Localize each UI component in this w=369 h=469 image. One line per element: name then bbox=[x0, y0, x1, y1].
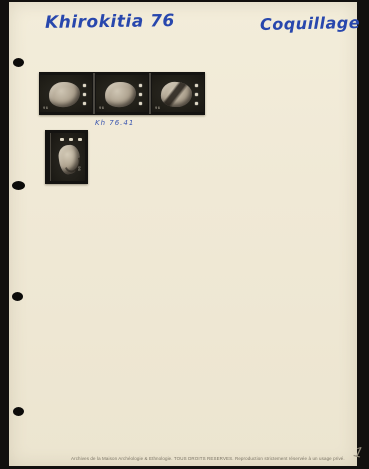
archive-copyright-caption: Archives de la Maison Archéologie & Ethn… bbox=[71, 456, 320, 461]
frame-separator bbox=[149, 73, 151, 114]
frame-separator bbox=[93, 73, 95, 114]
frame-number-label: 96 bbox=[77, 166, 82, 170]
frame-number-label: 96 bbox=[155, 106, 160, 111]
scale-marks bbox=[195, 84, 198, 105]
hole-punch-1 bbox=[13, 58, 24, 67]
single-photo-frame: 96 bbox=[50, 133, 85, 181]
frame-number-label: 96 bbox=[99, 106, 104, 111]
film-strip: 96 96 96 bbox=[39, 72, 205, 115]
hole-punch-2 bbox=[12, 181, 25, 190]
film-frame-1: 96 bbox=[40, 75, 92, 112]
photo-annotation: Kh 76.41 bbox=[95, 119, 134, 127]
scale-marks bbox=[83, 84, 86, 105]
scale-marks bbox=[60, 138, 82, 141]
hole-punch-3 bbox=[12, 292, 23, 301]
shell-photo-1 bbox=[48, 81, 81, 108]
film-frame-3: 96 bbox=[152, 75, 204, 112]
film-frame-2: 96 bbox=[96, 75, 148, 112]
pencil-page-number: 1 bbox=[352, 443, 364, 462]
frame-number-label: 96 bbox=[43, 106, 48, 111]
scale-marks bbox=[139, 84, 142, 105]
shell-photo-2 bbox=[104, 81, 137, 108]
handwritten-title-subject: Coquillage bbox=[260, 13, 361, 34]
hole-punch-4 bbox=[13, 407, 24, 416]
paper-sheet: Khirokitia 76 Coquillage 96 96 96 Kh 76.… bbox=[9, 2, 357, 466]
shell-photo-3 bbox=[160, 81, 192, 108]
single-photo: 96 bbox=[45, 130, 88, 184]
handwritten-title-site: Khirokitia 76 bbox=[45, 11, 175, 33]
